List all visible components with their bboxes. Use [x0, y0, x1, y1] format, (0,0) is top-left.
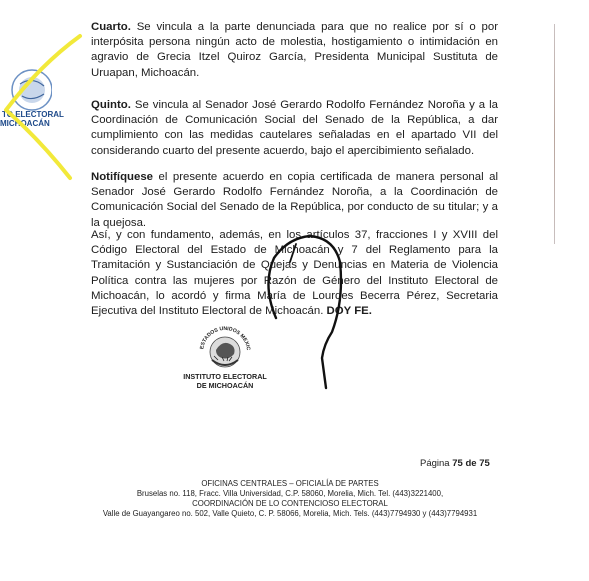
- paragraph-text: Así, y con fundamento, además, en los ar…: [91, 229, 498, 317]
- footer-line2: Bruselas no. 118, Fracc. Villa Universid…: [40, 489, 540, 499]
- seal-caption-line2: DE MICHOACÁN: [180, 381, 270, 390]
- doy-fe: DOY FE.: [327, 305, 372, 317]
- stamp-seal-icon: [2, 66, 52, 116]
- paragraph-lead: Cuarto.: [91, 21, 131, 33]
- stamp-text-line2: MICHOACÁN: [0, 119, 50, 128]
- paragraph-text: el presente acuerdo en copia certificada…: [91, 171, 498, 229]
- footer-line3: COORDINACIÓN DE LO CONTENCIOSO ELECTORAL: [40, 499, 540, 509]
- coat-of-arms-seal-icon: ESTADOS UNIDOS MEXICANOS: [194, 320, 256, 380]
- paragraph-text: Se vincula a la parte denunciada para qu…: [91, 21, 498, 79]
- electoral-stamp: TO ELECTORAL MICHOACÁN: [2, 66, 52, 128]
- paragraph-text: Se vincula al Senador José Gerardo Rodol…: [91, 99, 498, 157]
- paragraph-lead: Quinto.: [91, 99, 131, 111]
- page-number: Página 75 de 75: [420, 458, 490, 469]
- paragraph-quinto: Quinto. Se vincula al Senador José Gerar…: [91, 98, 498, 159]
- current-page: 75: [452, 458, 463, 469]
- footer-line4: Valle de Guayangareo no. 502, Valle Quie…: [40, 509, 540, 519]
- document-page: TO ELECTORAL MICHOACÁN Cuarto. Se vincul…: [0, 0, 589, 581]
- footer-line1: OFICINAS CENTRALES – OFICIALÍA DE PARTES: [40, 479, 540, 489]
- paragraph-cuarto: Cuarto. Se vincula a la parte denunciada…: [91, 20, 498, 81]
- paragraph-lead: Notifíquese: [91, 171, 153, 183]
- stamp-text-line1: TO ELECTORAL: [2, 110, 64, 119]
- page-fold-line: [554, 24, 555, 244]
- paragraph-fundamento: Así, y con fundamento, además, en los ar…: [91, 228, 498, 319]
- total-pages: 75: [479, 458, 490, 469]
- page-footer: OFICINAS CENTRALES – OFICIALÍA DE PARTES…: [40, 479, 540, 519]
- paragraph-notifiquese: Notifíquese el presente acuerdo en copia…: [91, 170, 498, 231]
- seal-caption: INSTITUTO ELECTORAL DE MICHOACÁN: [180, 372, 270, 390]
- seal-caption-line1: INSTITUTO ELECTORAL: [180, 372, 270, 381]
